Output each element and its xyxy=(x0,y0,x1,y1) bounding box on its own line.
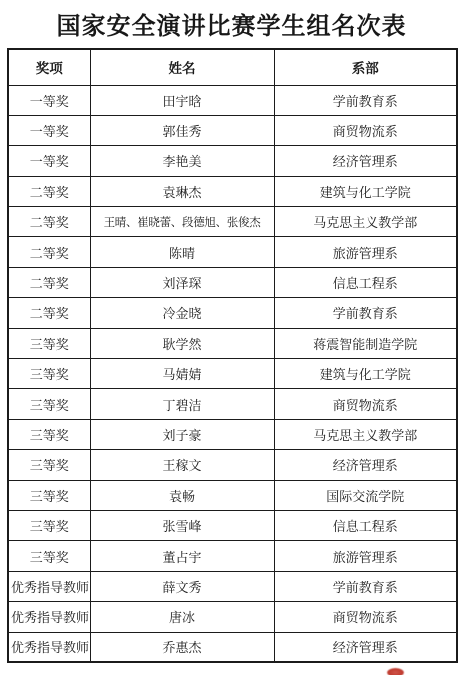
table-row: 一等奖郭佳秀商贸物流系 xyxy=(8,115,457,145)
department-cell: 马克思主义教学部 xyxy=(274,419,457,449)
column-header-department: 系部 xyxy=(274,49,457,85)
table-row: 三等奖丁碧洁商贸物流系 xyxy=(8,389,457,419)
award-cell: 三等奖 xyxy=(8,389,90,419)
department-cell: 建筑与化工学院 xyxy=(274,359,457,389)
table-row: 三等奖王稼文经济管理系 xyxy=(8,450,457,480)
name-cell: 袁琳杰 xyxy=(90,176,274,206)
award-cell: 优秀指导教师 xyxy=(8,571,90,601)
column-header-award: 奖项 xyxy=(8,49,90,85)
name-cell: 刘子豪 xyxy=(90,419,274,449)
department-cell: 商贸物流系 xyxy=(274,389,457,419)
name-cell: 田宇晗 xyxy=(90,85,274,115)
department-cell: 学前教育系 xyxy=(274,85,457,115)
award-cell: 一等奖 xyxy=(8,146,90,176)
department-cell: 学前教育系 xyxy=(274,298,457,328)
department-cell: 马克思主义教学部 xyxy=(274,207,457,237)
document-page: 国家安全演讲比赛学生组名次表 奖项 姓名 系部 一等奖田宇晗学前教育系一等奖郭佳… xyxy=(0,0,463,675)
department-cell: 旅游管理系 xyxy=(274,237,457,267)
name-cell: 郭佳秀 xyxy=(90,115,274,145)
award-cell: 优秀指导教师 xyxy=(8,602,90,632)
name-cell: 陈晴 xyxy=(90,237,274,267)
award-cell: 三等奖 xyxy=(8,510,90,540)
award-cell: 三等奖 xyxy=(8,419,90,449)
award-cell: 一等奖 xyxy=(8,115,90,145)
department-cell: 信息工程系 xyxy=(274,510,457,540)
award-cell: 三等奖 xyxy=(8,480,90,510)
department-cell: 商贸物流系 xyxy=(274,602,457,632)
table-row: 二等奖陈晴旅游管理系 xyxy=(8,237,457,267)
award-cell: 二等奖 xyxy=(8,176,90,206)
table-row: 三等奖刘子豪马克思主义教学部 xyxy=(8,419,457,449)
column-header-name: 姓名 xyxy=(90,49,274,85)
name-cell: 王晴、崔晓蕾、段德旭、张俊杰 xyxy=(90,207,274,237)
table-row: 三等奖耿学然蒋震智能制造学院 xyxy=(8,328,457,358)
department-cell: 学前教育系 xyxy=(274,571,457,601)
name-cell: 袁畅 xyxy=(90,480,274,510)
award-cell: 三等奖 xyxy=(8,359,90,389)
name-cell: 李艳美 xyxy=(90,146,274,176)
department-cell: 国际交流学院 xyxy=(274,480,457,510)
header-row: 奖项 姓名 系部 xyxy=(8,49,457,85)
name-cell: 张雪峰 xyxy=(90,510,274,540)
award-cell: 三等奖 xyxy=(8,328,90,358)
name-cell: 刘泽琛 xyxy=(90,267,274,297)
name-cell: 耿学然 xyxy=(90,328,274,358)
table-row: 三等奖张雪峰信息工程系 xyxy=(8,510,457,540)
table-row: 优秀指导教师唐冰商贸物流系 xyxy=(8,602,457,632)
table-row: 三等奖董占宇旅游管理系 xyxy=(8,541,457,571)
page-title: 国家安全演讲比赛学生组名次表 xyxy=(0,6,463,41)
table-row: 一等奖李艳美经济管理系 xyxy=(8,146,457,176)
name-cell: 董占宇 xyxy=(90,541,274,571)
department-cell: 信息工程系 xyxy=(274,267,457,297)
award-cell: 二等奖 xyxy=(8,237,90,267)
department-cell: 建筑与化工学院 xyxy=(274,176,457,206)
table-row: 二等奖王晴、崔晓蕾、段德旭、张俊杰马克思主义教学部 xyxy=(8,207,457,237)
award-cell: 三等奖 xyxy=(8,450,90,480)
department-cell: 经济管理系 xyxy=(274,450,457,480)
department-cell: 商贸物流系 xyxy=(274,115,457,145)
table-row: 三等奖马婧婧建筑与化工学院 xyxy=(8,359,457,389)
department-cell: 蒋震智能制造学院 xyxy=(274,328,457,358)
table-row: 一等奖田宇晗学前教育系 xyxy=(8,85,457,115)
award-cell: 二等奖 xyxy=(8,267,90,297)
table-row: 二等奖刘泽琛信息工程系 xyxy=(8,267,457,297)
award-cell: 二等奖 xyxy=(8,298,90,328)
award-cell: 二等奖 xyxy=(8,207,90,237)
rankings-table: 奖项 姓名 系部 一等奖田宇晗学前教育系一等奖郭佳秀商贸物流系一等奖李艳美经济管… xyxy=(7,48,458,663)
department-cell: 旅游管理系 xyxy=(274,541,457,571)
table-row: 三等奖袁畅国际交流学院 xyxy=(8,480,457,510)
table-row: 二等奖袁琳杰建筑与化工学院 xyxy=(8,176,457,206)
name-cell: 丁碧洁 xyxy=(90,389,274,419)
table-row: 优秀指导教师乔惠杰经济管理系 xyxy=(8,632,457,662)
table-row: 优秀指导教师薛文秀学前教育系 xyxy=(8,571,457,601)
name-cell: 马婧婧 xyxy=(90,359,274,389)
award-cell: 优秀指导教师 xyxy=(8,632,90,662)
name-cell: 唐冰 xyxy=(90,602,274,632)
name-cell: 王稼文 xyxy=(90,450,274,480)
name-cell: 乔惠杰 xyxy=(90,632,274,662)
table-row: 二等奖冷金晓学前教育系 xyxy=(8,298,457,328)
department-cell: 经济管理系 xyxy=(274,146,457,176)
red-watermark-fragment xyxy=(387,668,404,675)
department-cell: 经济管理系 xyxy=(274,632,457,662)
table-body: 一等奖田宇晗学前教育系一等奖郭佳秀商贸物流系一等奖李艳美经济管理系二等奖袁琳杰建… xyxy=(8,85,457,662)
name-cell: 薛文秀 xyxy=(90,571,274,601)
award-cell: 三等奖 xyxy=(8,541,90,571)
award-cell: 一等奖 xyxy=(8,85,90,115)
name-cell: 冷金晓 xyxy=(90,298,274,328)
